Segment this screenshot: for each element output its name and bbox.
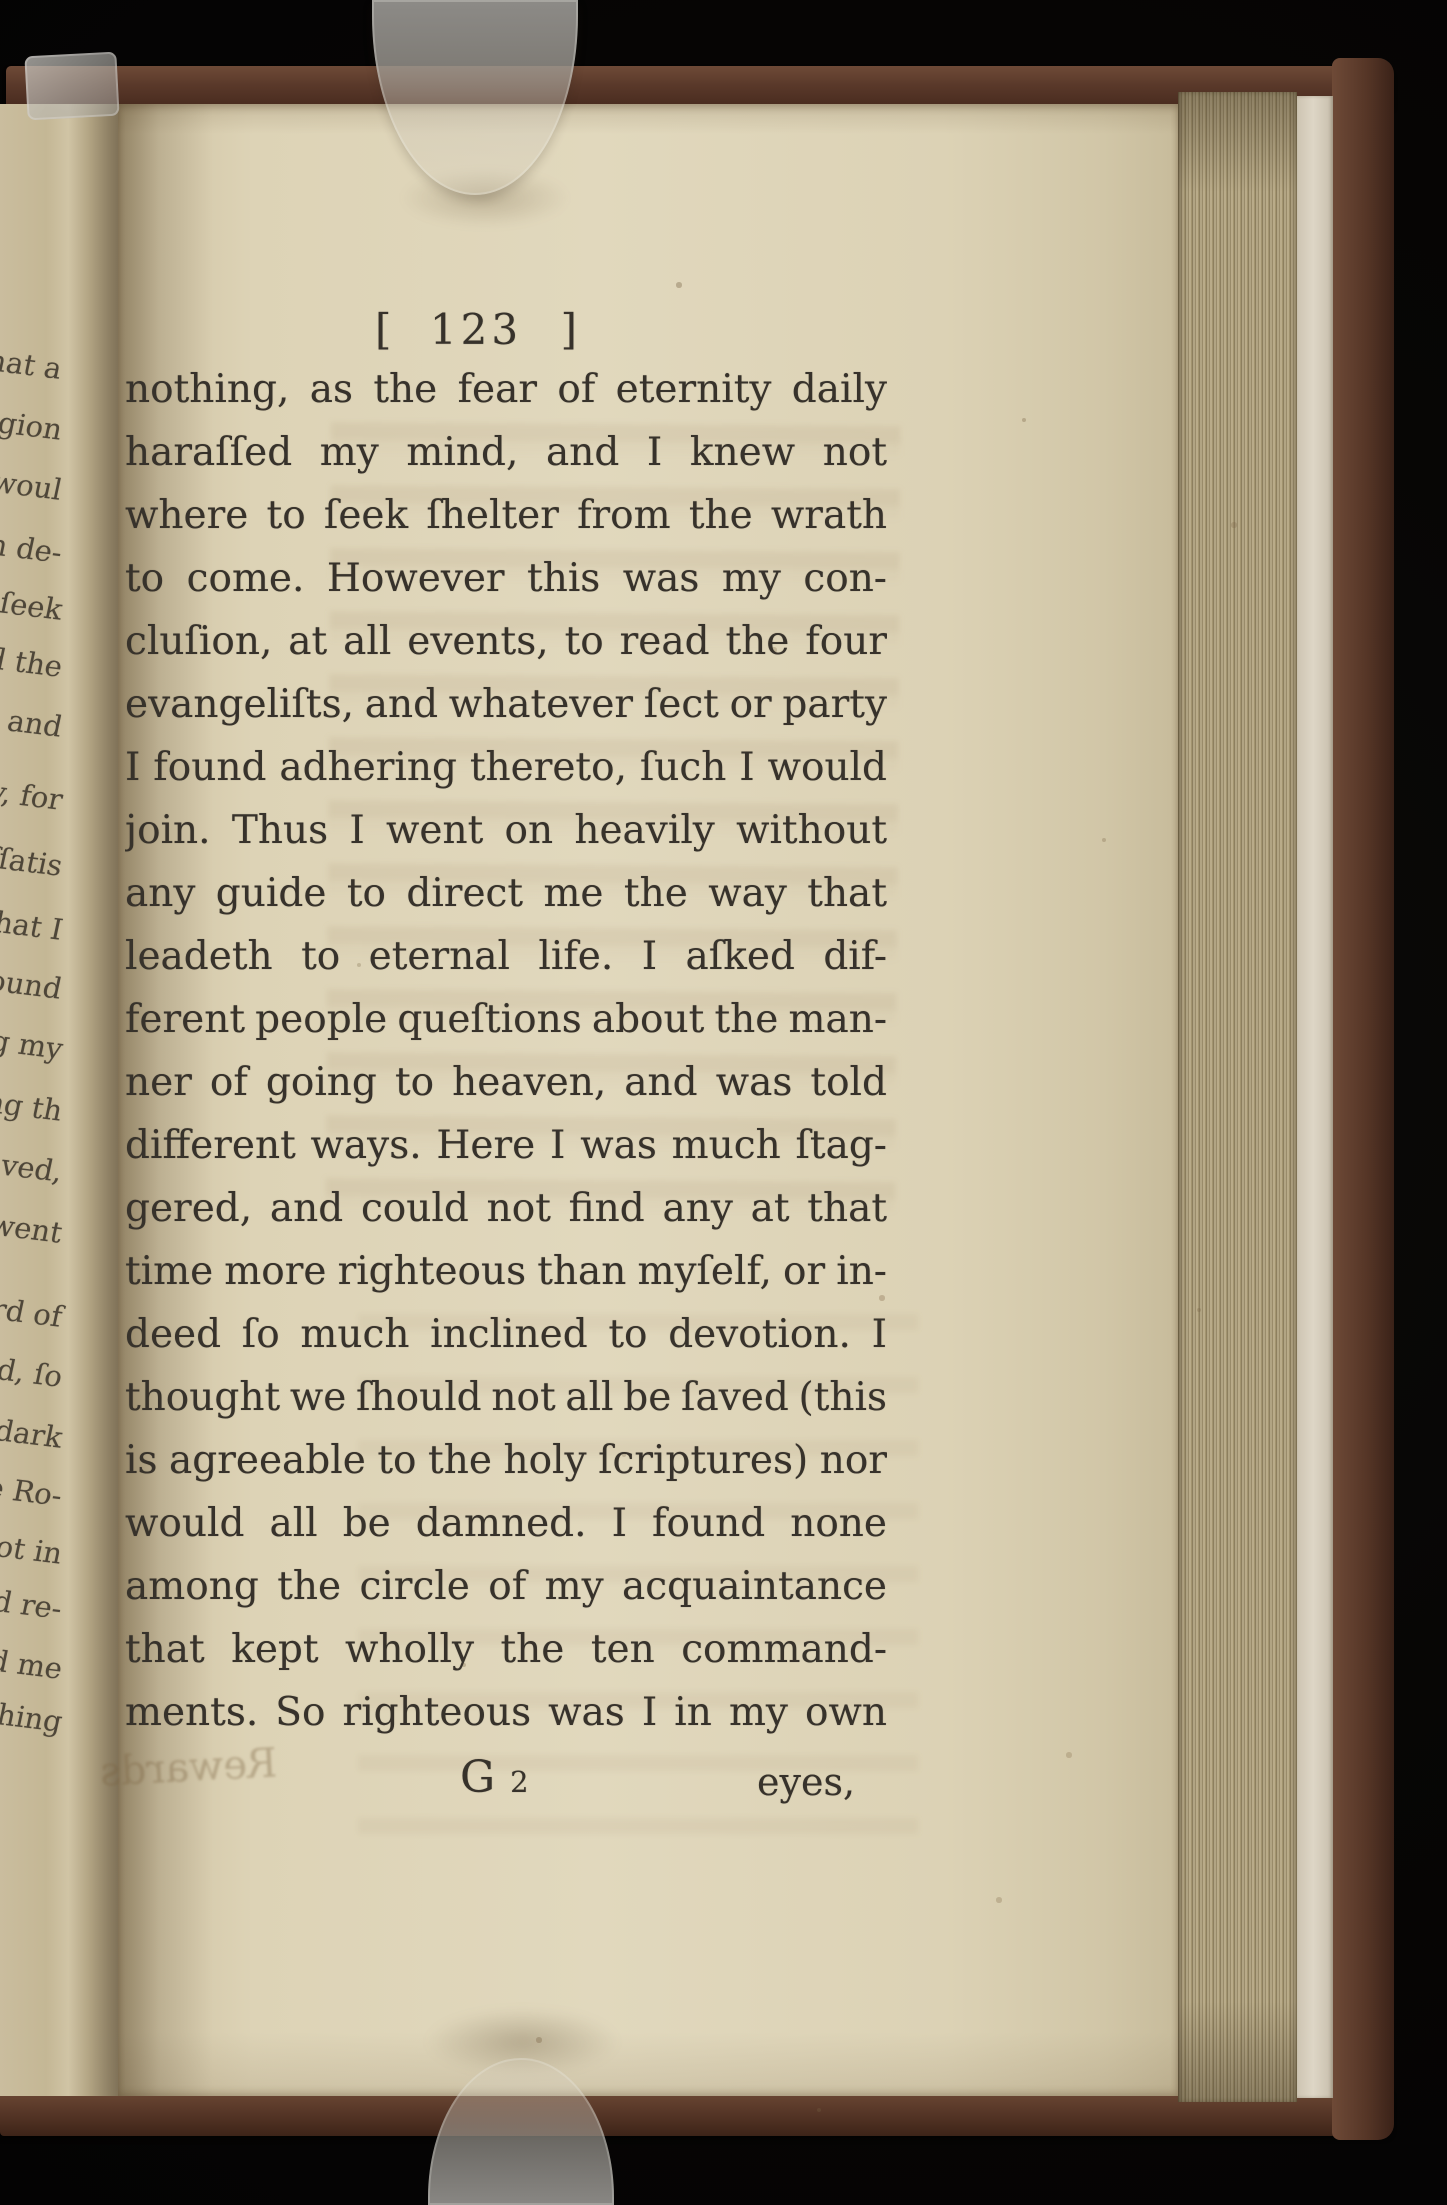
- facing-page-fragment: t was not in: [0, 1516, 66, 1570]
- facing-page-fragment: the word of: [0, 1280, 66, 1334]
- book-photograph: d that aof religionthat woulmuch de-re t…: [0, 0, 1447, 2205]
- facing-page-fragment: ting that I: [0, 895, 66, 946]
- facing-page-fragment: way diſſatis: [0, 829, 66, 883]
- facing-page-fragment: tending th: [0, 1076, 66, 1128]
- text-line: join. Thus I went on heavily without: [125, 799, 887, 862]
- book-page: [ 123 ] nothing, as the fear of eternity…: [118, 104, 1178, 2096]
- text-line: deed ſo much inclined to devotion. I: [125, 1303, 887, 1366]
- signature-mark: G2: [460, 1752, 529, 1803]
- header-bracket-right: ]: [561, 304, 577, 356]
- retaining-clip: [24, 52, 119, 121]
- text-line: ner of going to heaven, and was told: [125, 1051, 887, 1114]
- facing-page-fragment: quented the: [0, 629, 66, 684]
- facing-page-fragment: much de-: [0, 520, 66, 570]
- text-line: cluſion, at all events, to read the four: [125, 610, 887, 673]
- text-column: [ 123 ] nothing, as the fear of eternity…: [125, 300, 887, 1860]
- facing-page-fragment: reading my: [0, 1012, 66, 1066]
- facing-page-fragment: d that a: [0, 338, 66, 385]
- text-line: ments. So righteous was I in my own: [125, 1681, 887, 1744]
- text-line: I found adhering thereto, ſuch I would: [125, 736, 887, 799]
- facing-page-fragment: of religion: [0, 395, 66, 447]
- facing-page-fragment: preached, ſo: [0, 1338, 66, 1394]
- text-line: thought we ſhould not all be ſaved (this: [125, 1366, 887, 1429]
- endpaper-edge: [1297, 96, 1333, 2098]
- page-header: [ 123 ]: [375, 304, 577, 360]
- fore-edge-page-stack: [1178, 92, 1297, 2102]
- signature-number: 2: [510, 1765, 528, 1799]
- page-number: 123: [430, 304, 522, 356]
- facing-page-fragment: in the dark: [0, 1402, 66, 1455]
- text-line: haraſſed my mind, and I knew not: [125, 421, 887, 484]
- text-line: evangeliſts, and whatever ſect or party: [125, 673, 887, 736]
- catchword: eyes,: [757, 1760, 855, 1804]
- book-cover-right-board: [1332, 58, 1394, 2140]
- facing-page-fragment: James's and: [0, 689, 66, 744]
- facing-page-fragment: a day, for: [0, 767, 66, 817]
- signature-letter: G: [460, 1752, 495, 1803]
- text-line: nothing, as the fear of eternity daily: [125, 358, 887, 421]
- facing-page-fragment: that woul: [0, 456, 66, 506]
- text-line: among the circle of my acquaintance: [125, 1555, 887, 1618]
- text-line: time more righteous than myſelf, or in-: [125, 1240, 887, 1303]
- text-line: ferent people queſtions about the man-: [125, 988, 887, 1051]
- text-line: would all be damned. I found none: [125, 1492, 887, 1555]
- facing-page-edge: d that aof religionthat woulmuch de-re t…: [0, 104, 122, 2096]
- facing-page-fragment: re to ſeek: [0, 576, 66, 627]
- text-lines: nothing, as the fear of eternity dailyha…: [125, 358, 887, 1744]
- text-line: is agreeable to the holy ſcriptures) nor: [125, 1429, 887, 1492]
- facing-page-fragment: availed me: [0, 1633, 66, 1686]
- facing-page-fragment: gth had re-: [0, 1572, 66, 1625]
- text-line: where to ſeek ſhelter from the wrath: [125, 484, 887, 547]
- facing-page-fragment: really found: [0, 951, 66, 1006]
- text-line: to come. However this was my con-: [125, 547, 887, 610]
- text-line: different ways. Here I was much ſtag-: [125, 1114, 887, 1177]
- facing-page-fragment: Firſt I went: [0, 1196, 66, 1250]
- show-through-text: Rewards: [99, 1740, 278, 1795]
- text-line: leadeth to eternal life. I aſked dif-: [125, 925, 887, 988]
- facing-page-fragment: nothing: [0, 1692, 66, 1739]
- text-line: that kept wholly the ten command-: [125, 1618, 887, 1681]
- text-line: gered, and could not find any at that: [125, 1177, 887, 1240]
- facing-page-fragment: nto the Ro-: [0, 1459, 66, 1512]
- text-line: any guide to direct me the way that: [125, 862, 887, 925]
- header-bracket-left: [: [375, 304, 391, 356]
- facing-page-fragment: d to be ſaved,: [0, 1131, 66, 1189]
